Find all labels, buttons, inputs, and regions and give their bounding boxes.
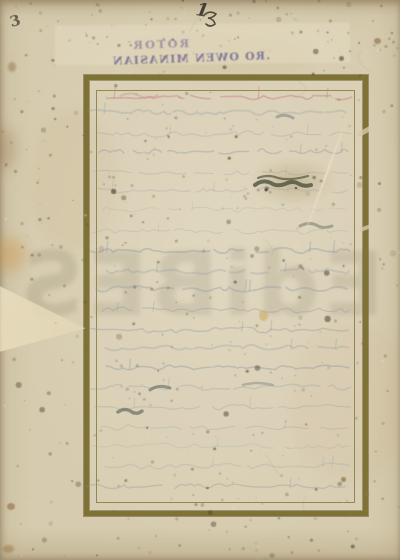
paper-texture <box>0 0 400 560</box>
manuscript-page: EdiBES 3 1 ROTOR .RO OWEN MINASIAN <box>0 0 400 560</box>
